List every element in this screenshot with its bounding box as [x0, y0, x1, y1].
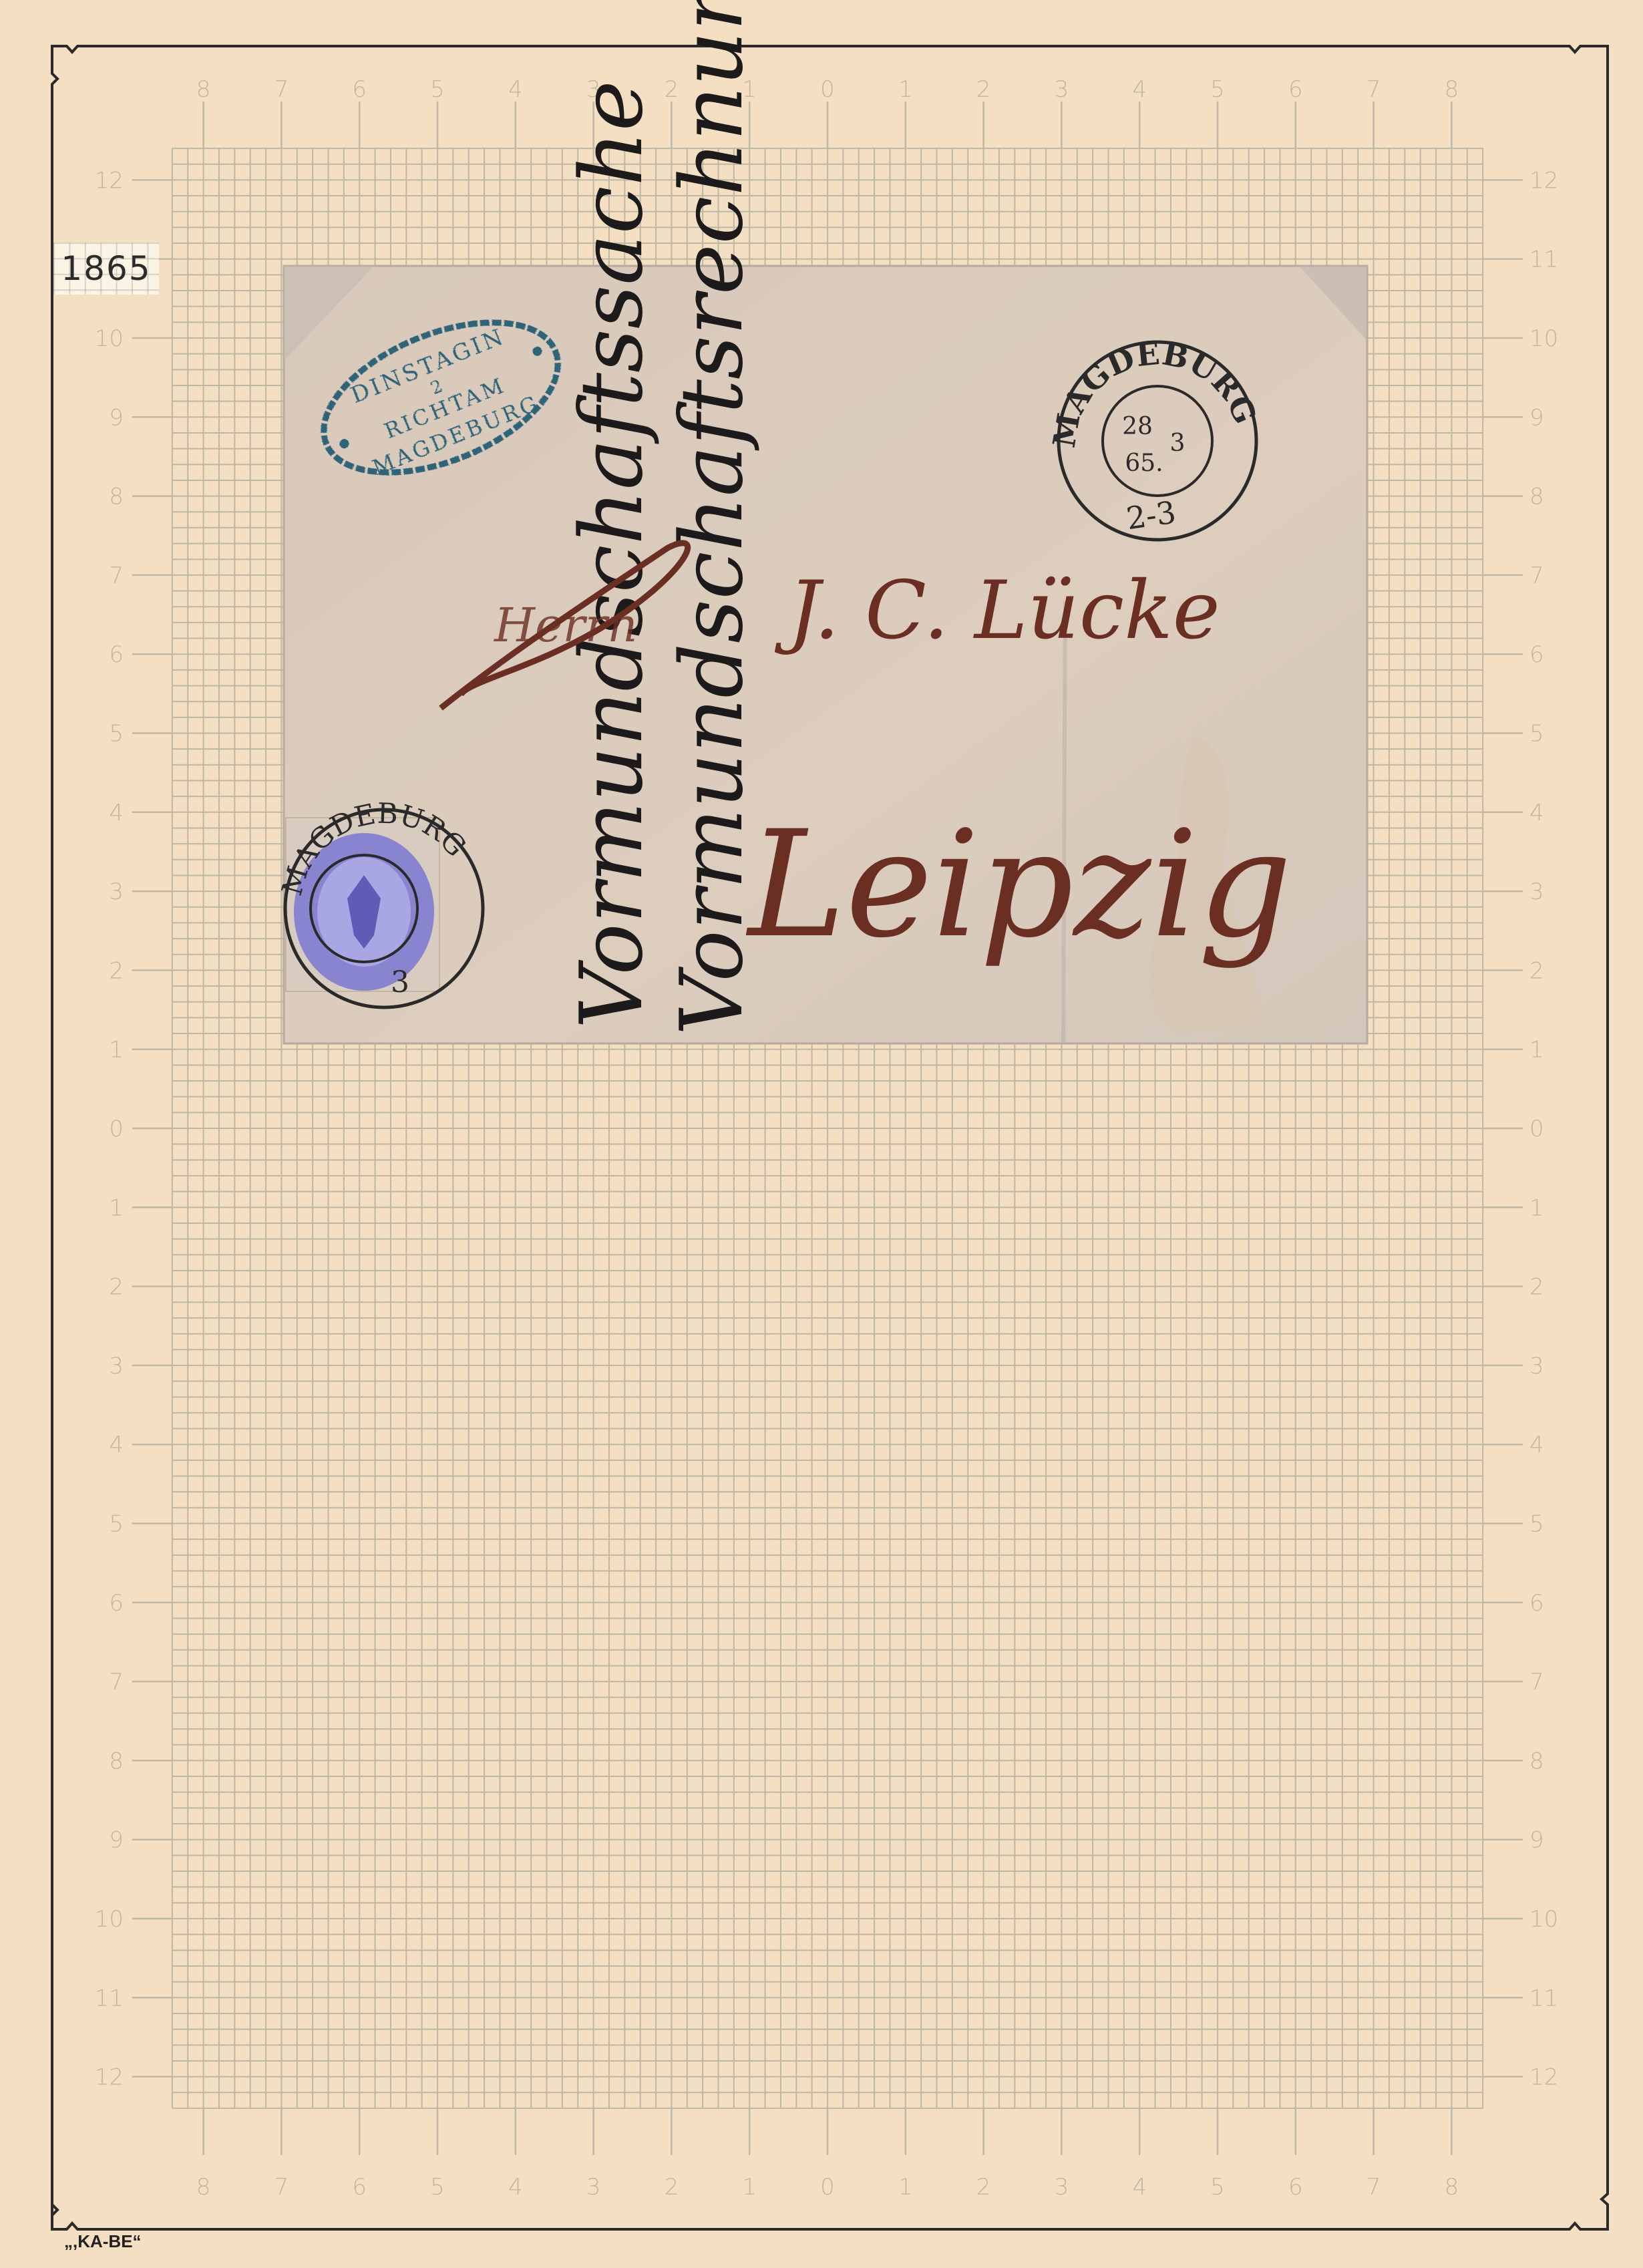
axis-label-top: 6	[1288, 76, 1303, 103]
axis-label-bottom: 3	[1055, 2174, 1069, 2201]
axis-label-right: 7	[1529, 562, 1544, 589]
axis-label-right: 12	[1529, 2064, 1558, 2091]
axis-label-top: 8	[196, 76, 211, 103]
axis-label-top: 4	[508, 76, 523, 103]
axis-label-right: 12	[1529, 167, 1558, 194]
axis-label-top: 1	[898, 76, 913, 103]
svg-text:3: 3	[391, 965, 409, 999]
axis-label-right: 3	[1529, 1353, 1544, 1380]
axis-label-left: 9	[109, 1827, 124, 1854]
axis-label-left: 12	[95, 2064, 124, 2091]
axis-label-left: 4	[109, 1432, 124, 1458]
axis-label-left: 8	[109, 484, 124, 510]
axis-label-left: 10	[95, 1906, 124, 1933]
axis-label-bottom: 8	[196, 2174, 211, 2201]
axis-label-bottom: 6	[352, 2174, 367, 2201]
axis-label-left: 0	[109, 1116, 124, 1142]
axis-label-bottom: 0	[820, 2174, 835, 2201]
axis-label-left: 7	[109, 562, 124, 589]
svg-text:65.: 65.	[1125, 450, 1163, 477]
axis-label-right: 3	[1529, 878, 1544, 905]
axis-label-right: 10	[1529, 1906, 1558, 1933]
axis-label-top: 4	[1132, 76, 1147, 103]
axis-label-bottom: 8	[1445, 2174, 1459, 2201]
axis-label-bottom: 5	[430, 2174, 445, 2201]
axis-label-left: 4	[109, 800, 124, 826]
axis-label-top: 5	[430, 76, 445, 103]
axis-label-right: 4	[1529, 1432, 1544, 1458]
axis-label-right: 10	[1529, 325, 1558, 352]
side-note: Vormundschaftssache Vormundschaftsrechnu…	[562, 0, 762, 1035]
svg-text:Herrn: Herrn	[493, 598, 637, 653]
axis-label-top: 7	[275, 76, 289, 103]
axis-label-left: 2	[109, 957, 124, 984]
axis-label-top: 6	[352, 76, 367, 103]
axis-label-left: 1	[109, 1037, 124, 1064]
cover-envelope[interactable]: DINSTAGIN 2 RICHTAM MAGDEBURG Vormundsch…	[275, 0, 1367, 1043]
axis-label-bottom: 6	[1288, 2174, 1303, 2201]
axis-label-right: 11	[1529, 1985, 1558, 2011]
axis-label-right: 9	[1529, 404, 1544, 431]
axis-label-bottom: 7	[1366, 2174, 1381, 2201]
axis-label-top: 5	[1210, 76, 1225, 103]
axis-label-right: 8	[1529, 1748, 1544, 1774]
year-label: 1865	[53, 242, 159, 295]
axis-label-bottom: 3	[586, 2174, 601, 2201]
axis-label-right: 7	[1529, 1669, 1544, 1695]
axis-label-right: 5	[1529, 721, 1544, 748]
axis-label-right: 0	[1529, 1116, 1544, 1142]
axis-label-right: 5	[1529, 1511, 1544, 1538]
svg-text:Leipzig: Leipzig	[745, 799, 1292, 970]
svg-text:J. C. Lücke: J. C. Lücke	[774, 564, 1220, 657]
axis-label-left: 5	[109, 1511, 124, 1538]
axis-label-right: 9	[1529, 1827, 1544, 1854]
axis-label-right: 2	[1529, 1274, 1544, 1301]
axis-label-bottom: 7	[275, 2174, 289, 2201]
axis-label-top: 3	[1055, 76, 1069, 103]
axis-label-left: 2	[109, 1274, 124, 1301]
axis-label-left: 12	[95, 167, 124, 194]
publisher-mark: „,KA-BE“	[64, 2231, 142, 2252]
axis-label-bottom: 4	[508, 2174, 523, 2201]
axis-label-left: 5	[109, 721, 124, 748]
axis-label-right: 11	[1529, 247, 1558, 273]
axis-label-bottom: 1	[898, 2174, 913, 2201]
axis-label-bottom: 2	[976, 2174, 991, 2201]
axis-label-bottom: 1	[742, 2174, 757, 2201]
axis-label-left: 10	[95, 325, 124, 352]
axis-label-top: 8	[1445, 76, 1459, 103]
axis-label-right: 8	[1529, 484, 1544, 510]
axis-label-top: 0	[820, 76, 835, 103]
axis-label-left: 3	[109, 878, 124, 905]
axis-label-left: 1	[109, 1194, 124, 1221]
axis-label-right: 6	[1529, 641, 1544, 668]
axis-label-right: 6	[1529, 1590, 1544, 1617]
axis-label-top: 7	[1366, 76, 1381, 103]
axis-label-left: 3	[109, 1353, 124, 1380]
axis-label-bottom: 4	[1132, 2174, 1147, 2201]
album-page: 8765432101234567887654321012345678121110…	[0, 0, 1643, 2268]
axis-label-left: 6	[109, 1590, 124, 1617]
axis-label-left: 11	[95, 1985, 124, 2011]
svg-text:28: 28	[1122, 413, 1153, 440]
axis-label-left: 7	[109, 1669, 124, 1695]
axis-label-bottom: 5	[1210, 2174, 1225, 2201]
axis-label-right: 4	[1529, 800, 1544, 826]
axis-label-right: 1	[1529, 1194, 1544, 1221]
axis-label-left: 9	[109, 404, 124, 431]
axis-label-right: 2	[1529, 957, 1544, 984]
svg-text:Vormundschaftssache: Vormundschaftssache	[562, 80, 662, 1029]
axis-label-right: 1	[1529, 1037, 1544, 1064]
axis-label-left: 8	[109, 1748, 124, 1774]
svg-text:Vormundschaftsrechnung: Vormundschaftsrechnung	[663, 0, 762, 1035]
svg-text:2-3: 2-3	[1124, 494, 1178, 537]
axis-label-bottom: 2	[665, 2174, 679, 2201]
axis-label-top: 2	[976, 76, 991, 103]
axis-label-left: 6	[109, 641, 124, 668]
svg-text:3: 3	[1170, 430, 1185, 457]
